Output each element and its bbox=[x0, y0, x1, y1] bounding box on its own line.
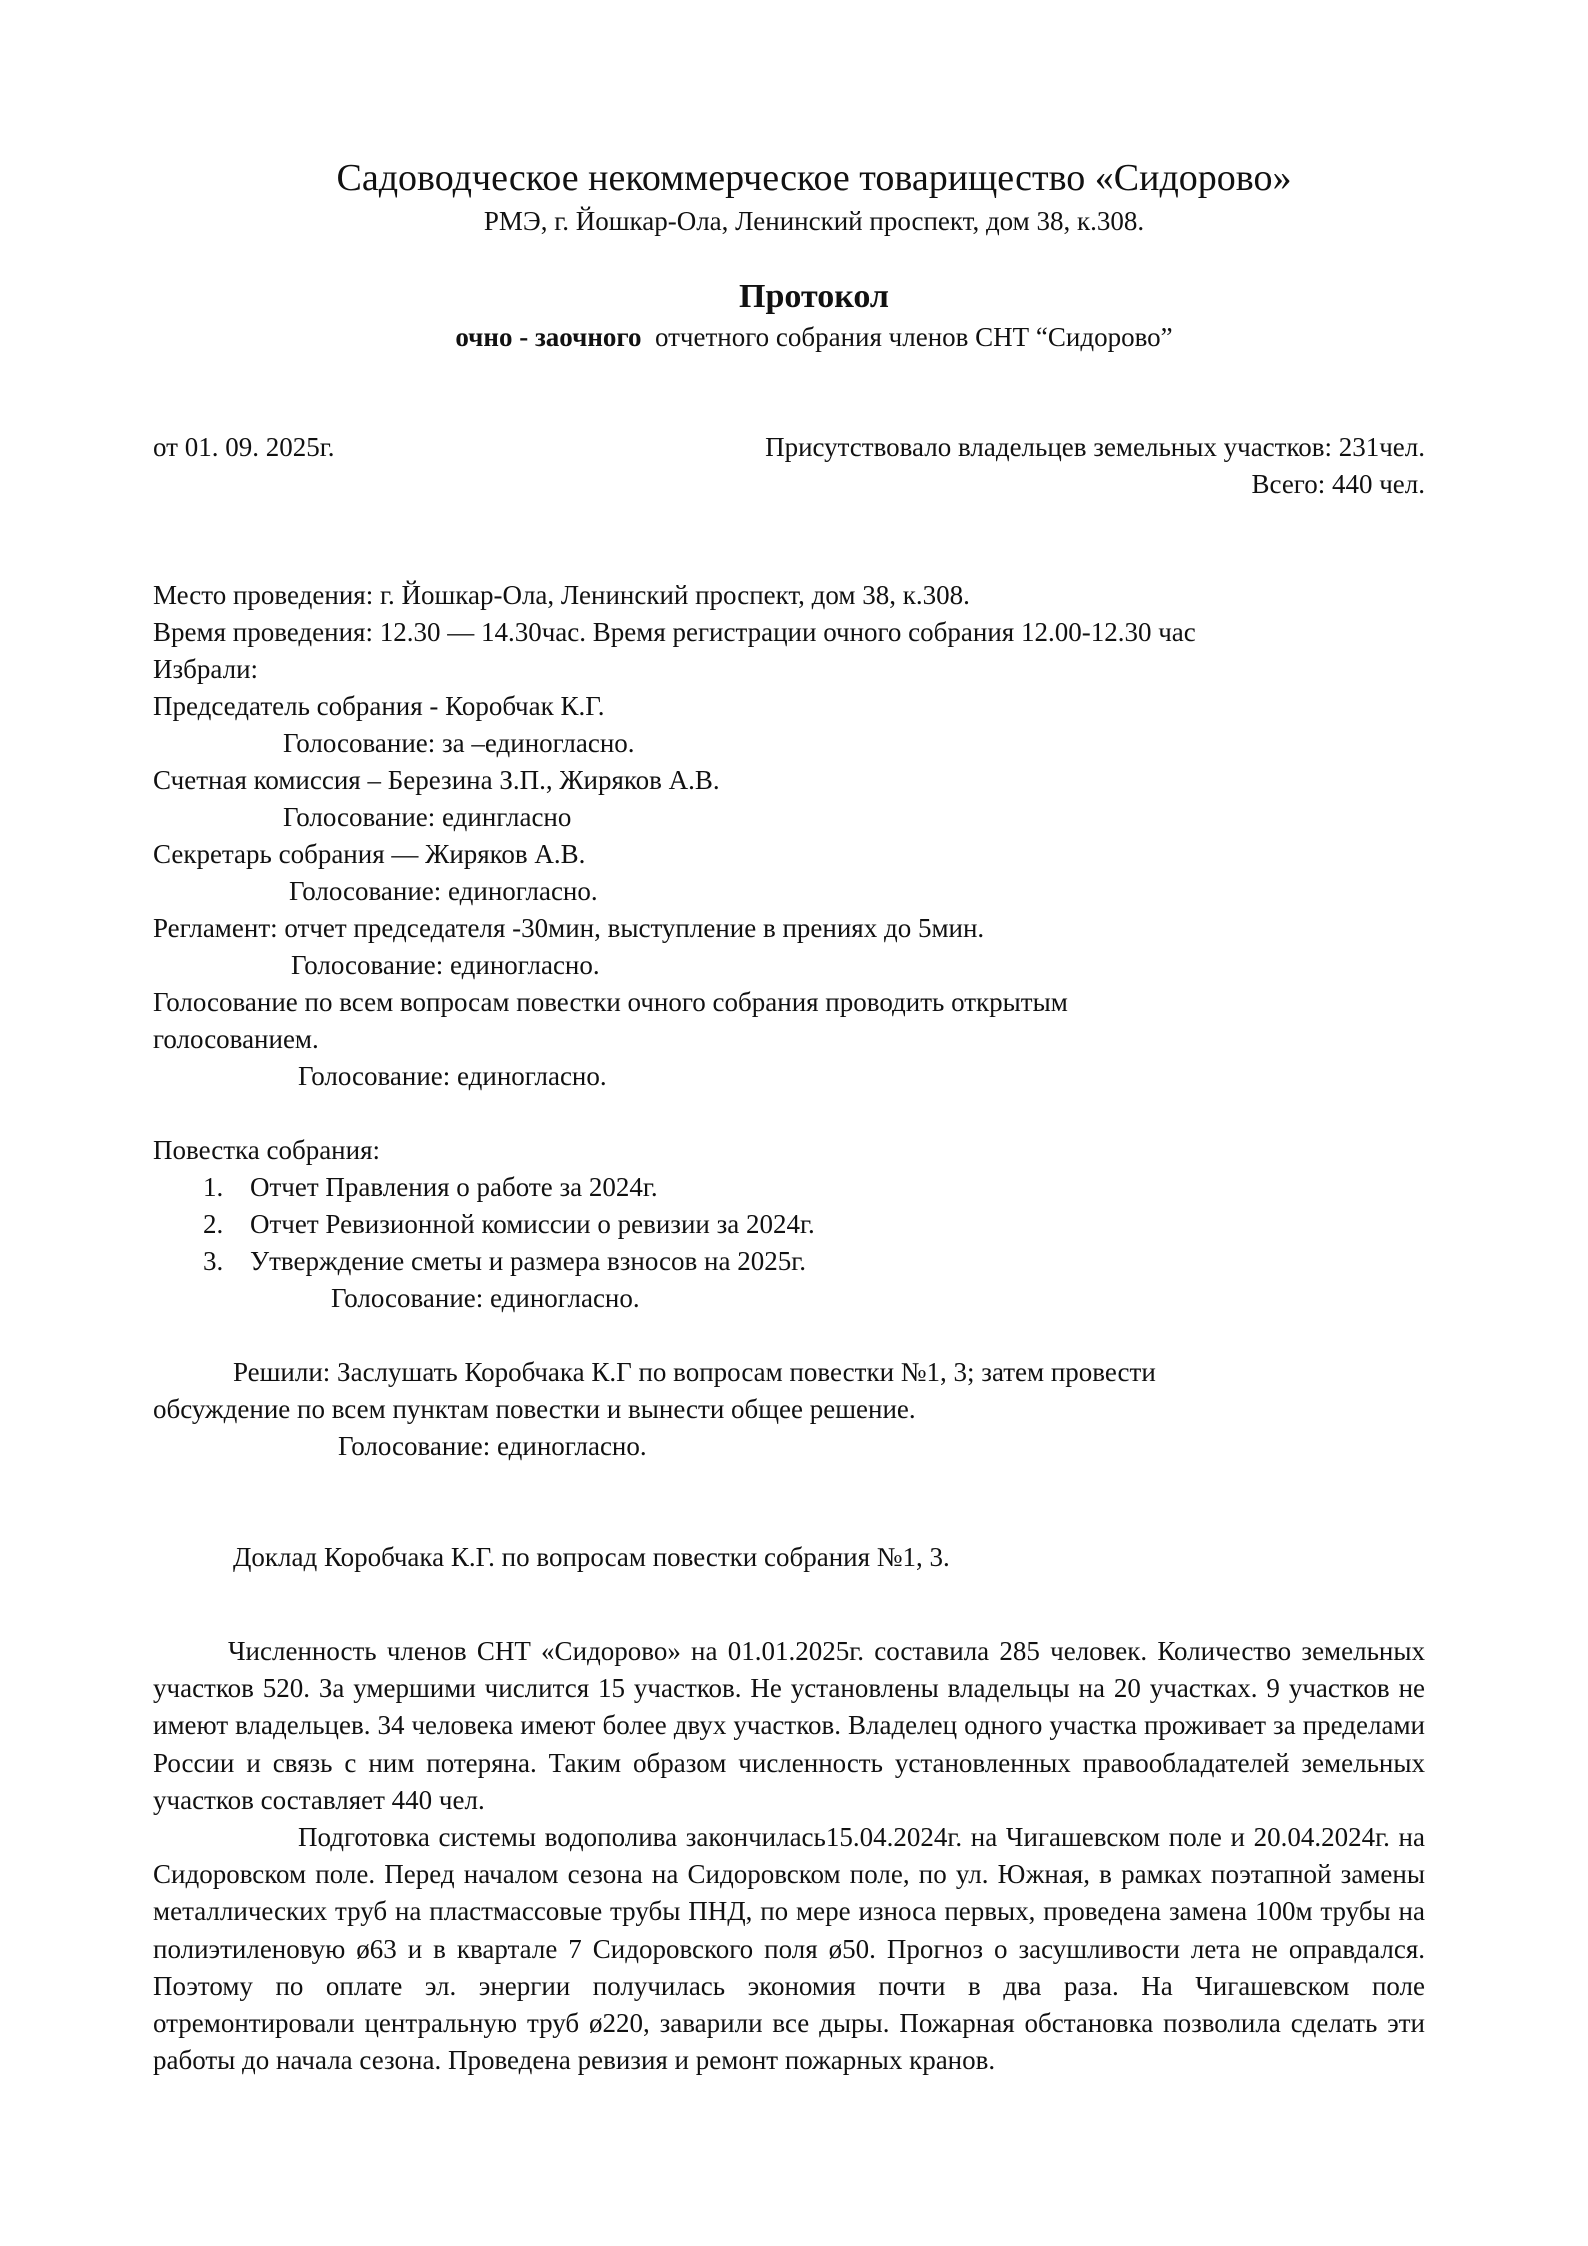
agenda-title: Повестка собрания: bbox=[153, 1135, 380, 1166]
counting-vote: Голосование: едингласно bbox=[283, 802, 571, 833]
decision-line-1: Решили: Заслушать Коробчака К.Г по вопро… bbox=[233, 1357, 1156, 1388]
open-vote-line-2: голосованием. bbox=[153, 1024, 319, 1055]
meeting-time: Время проведения: 12.30 — 14.30час. Врем… bbox=[153, 617, 1196, 648]
paragraph-members: Численность членов СНТ «Сидорово» на 01.… bbox=[153, 1633, 1425, 1819]
agenda-item: 1.Отчет Правления о работе за 2024г. bbox=[203, 1172, 658, 1203]
agenda-item: 2.Отчет Ревизионной комиссии о ревизии з… bbox=[203, 1209, 815, 1240]
open-vote-result: Голосование: единогласно. bbox=[298, 1061, 607, 1092]
elected-label: Избрали: bbox=[153, 654, 258, 685]
document-subtitle: очно - заочного отчетного собрания члено… bbox=[0, 322, 1588, 353]
decision-line-2: обсуждение по всем пунктам повестки и вы… bbox=[153, 1394, 916, 1425]
counting-commission: Счетная комиссия – Березина З.П., Жиряко… bbox=[153, 765, 720, 796]
regulation-vote: Голосование: единогласно. bbox=[291, 950, 600, 981]
subtitle-rest: отчетного собрания членов СНТ “Сидорово” bbox=[655, 322, 1173, 352]
document-title: Протокол bbox=[0, 278, 1588, 316]
agenda-item-text: Отчет Ревизионной комиссии о ревизии за … bbox=[250, 1209, 815, 1239]
paragraph-irrigation: Подготовка системы водополива закончилас… bbox=[153, 1819, 1425, 2079]
meeting-date: от 01. 09. 2025г. bbox=[153, 432, 334, 463]
subtitle-bold: очно - заочного bbox=[455, 322, 641, 352]
report-title: Доклад Коробчака К.Г. по вопросам повест… bbox=[233, 1542, 950, 1573]
chairman: Председатель собрания - Коробчак К.Г. bbox=[153, 691, 605, 722]
secretary: Секретарь собрания — Жиряков А.В. bbox=[153, 839, 585, 870]
agenda-item-text: Утверждение сметы и размера взносов на 2… bbox=[250, 1246, 806, 1276]
meeting-place: Место проведения: г. Йошкар-Ола, Ленинск… bbox=[153, 580, 970, 611]
decision-vote: Голосование: единогласно. bbox=[338, 1431, 647, 1462]
organization-address: РМЭ, г. Йошкар-Ола, Ленинский проспект, … bbox=[0, 206, 1588, 237]
agenda-item-number: 1. bbox=[203, 1172, 250, 1203]
agenda-item: 3.Утверждение сметы и размера взносов на… bbox=[203, 1246, 806, 1277]
attendance-present: Присутствовало владельцев земельных учас… bbox=[765, 432, 1425, 463]
agenda-item-number: 2. bbox=[203, 1209, 250, 1240]
agenda-item-number: 3. bbox=[203, 1246, 250, 1277]
attendance-total: Всего: 440 чел. bbox=[1252, 469, 1426, 500]
chairman-vote: Голосование: за –единогласно. bbox=[283, 728, 635, 759]
secretary-vote: Голосование: единогласно. bbox=[289, 876, 598, 907]
regulation: Регламент: отчет председателя -30мин, вы… bbox=[153, 913, 984, 944]
agenda-vote: Голосование: единогласно. bbox=[331, 1283, 640, 1314]
agenda-item-text: Отчет Правления о работе за 2024г. bbox=[250, 1172, 658, 1202]
organization-title: Садоводческое некоммерческое товариществ… bbox=[0, 156, 1588, 200]
open-vote-line-1: Голосование по всем вопросам повестки оч… bbox=[153, 987, 1068, 1018]
